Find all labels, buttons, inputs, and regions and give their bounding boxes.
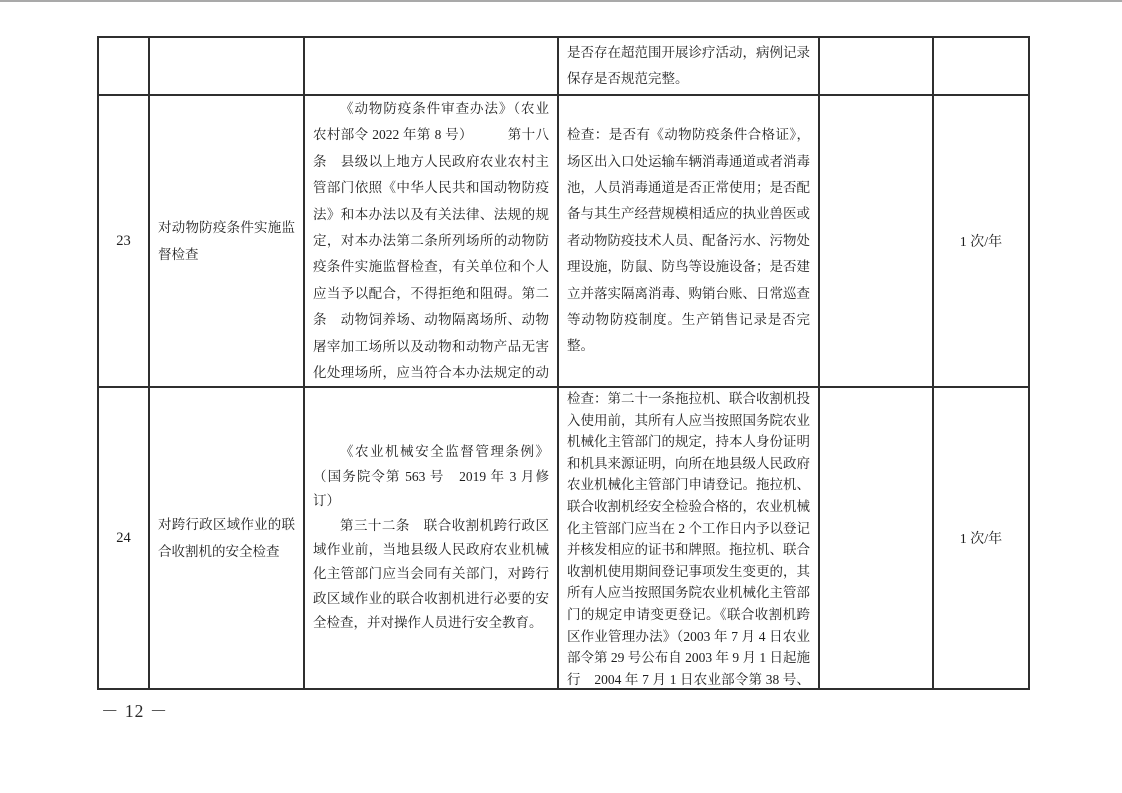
blank-cell — [819, 95, 933, 387]
item-number: 23 — [116, 233, 131, 249]
legal-basis-cell: 《动物防疫条件审查办法》（农业农村部令 2022 年第 8 号） 第十八条 县级… — [304, 95, 558, 387]
inspection-content-cell: 检查：第二十一条拖拉机、联合收割机投入使用前，其所有人应当按照国务院农业机械化主… — [558, 387, 819, 689]
item-number: 24 — [116, 530, 131, 546]
item-name: 对跨行政区域作业的联合收割机的安全检查 — [158, 511, 295, 565]
frequency-value: 1 次/年 — [960, 532, 1002, 547]
legal-basis-cell — [304, 37, 558, 95]
supervision-items-table: 是否存在超范围开展诊疗活动，病例记录保存是否规范完整。 23 对动物防疫条件实施… — [97, 36, 1030, 690]
blank-cell — [819, 387, 933, 689]
inspection-content-cell: 是否存在超范围开展诊疗活动，病例记录保存是否规范完整。 — [558, 37, 819, 95]
legal-basis-cell: 《农业机械安全监督管理条例》（国务院令第 563 号 2019 年 3 月修订）… — [304, 387, 558, 689]
legal-basis-text: 《农业机械安全监督管理条例》（国务院令第 563 号 2019 年 3 月修订） — [313, 440, 549, 513]
inspection-content-text: 是否存在超范围开展诊疗活动，病例记录保存是否规范完整。 — [567, 40, 810, 93]
frequency-cell — [933, 37, 1029, 95]
blank-cell — [819, 37, 933, 95]
item-number-cell: 24 — [98, 387, 149, 689]
item-number-cell — [98, 37, 149, 95]
inspection-content-text: 检查：是否有《动物防疫条件合格证》，场区出入口处运输车辆消毒通道或者消毒池，人员… — [567, 122, 810, 360]
document-page: 是否存在超范围开展诊疗活动，病例记录保存是否规范完整。 23 对动物防疫条件实施… — [0, 0, 1122, 793]
page-number: － 12 － — [101, 698, 168, 723]
table-row-23: 23 对动物防疫条件实施监督检查 《动物防疫条件审查办法》（农业农村部令 202… — [98, 95, 1029, 387]
inspection-content-cell: 检查：是否有《动物防疫条件合格证》，场区出入口处运输车辆消毒通道或者消毒池，人员… — [558, 95, 819, 387]
item-number-cell: 23 — [98, 95, 149, 387]
legal-basis-text: 《动物防疫条件审查办法》（农业农村部令 2022 年第 8 号） 第十八条 县级… — [313, 96, 549, 386]
table-row-continuation: 是否存在超范围开展诊疗活动，病例记录保存是否规范完整。 — [98, 37, 1029, 95]
item-name-cell: 对跨行政区域作业的联合收割机的安全检查 — [149, 387, 304, 689]
frequency-cell: 1 次/年 — [933, 95, 1029, 387]
item-name: 对动物防疫条件实施监督检查 — [158, 214, 295, 268]
page-top-edge-line — [0, 0, 1122, 2]
inspection-content-text: 检查：第二十一条拖拉机、联合收割机投入使用前，其所有人应当按照国务院农业机械化主… — [567, 388, 810, 688]
item-name-cell: 对动物防疫条件实施监督检查 — [149, 95, 304, 387]
item-name-cell — [149, 37, 304, 95]
table-row-24: 24 对跨行政区域作业的联合收割机的安全检查 《农业机械安全监督管理条例》（国务… — [98, 387, 1029, 689]
frequency-value: 1 次/年 — [960, 235, 1002, 250]
legal-basis-text: 第三十二条 联合收割机跨行政区域作业前，当地县级人民政府农业机械化主管部门应当会… — [313, 514, 549, 636]
frequency-cell: 1 次/年 — [933, 387, 1029, 689]
